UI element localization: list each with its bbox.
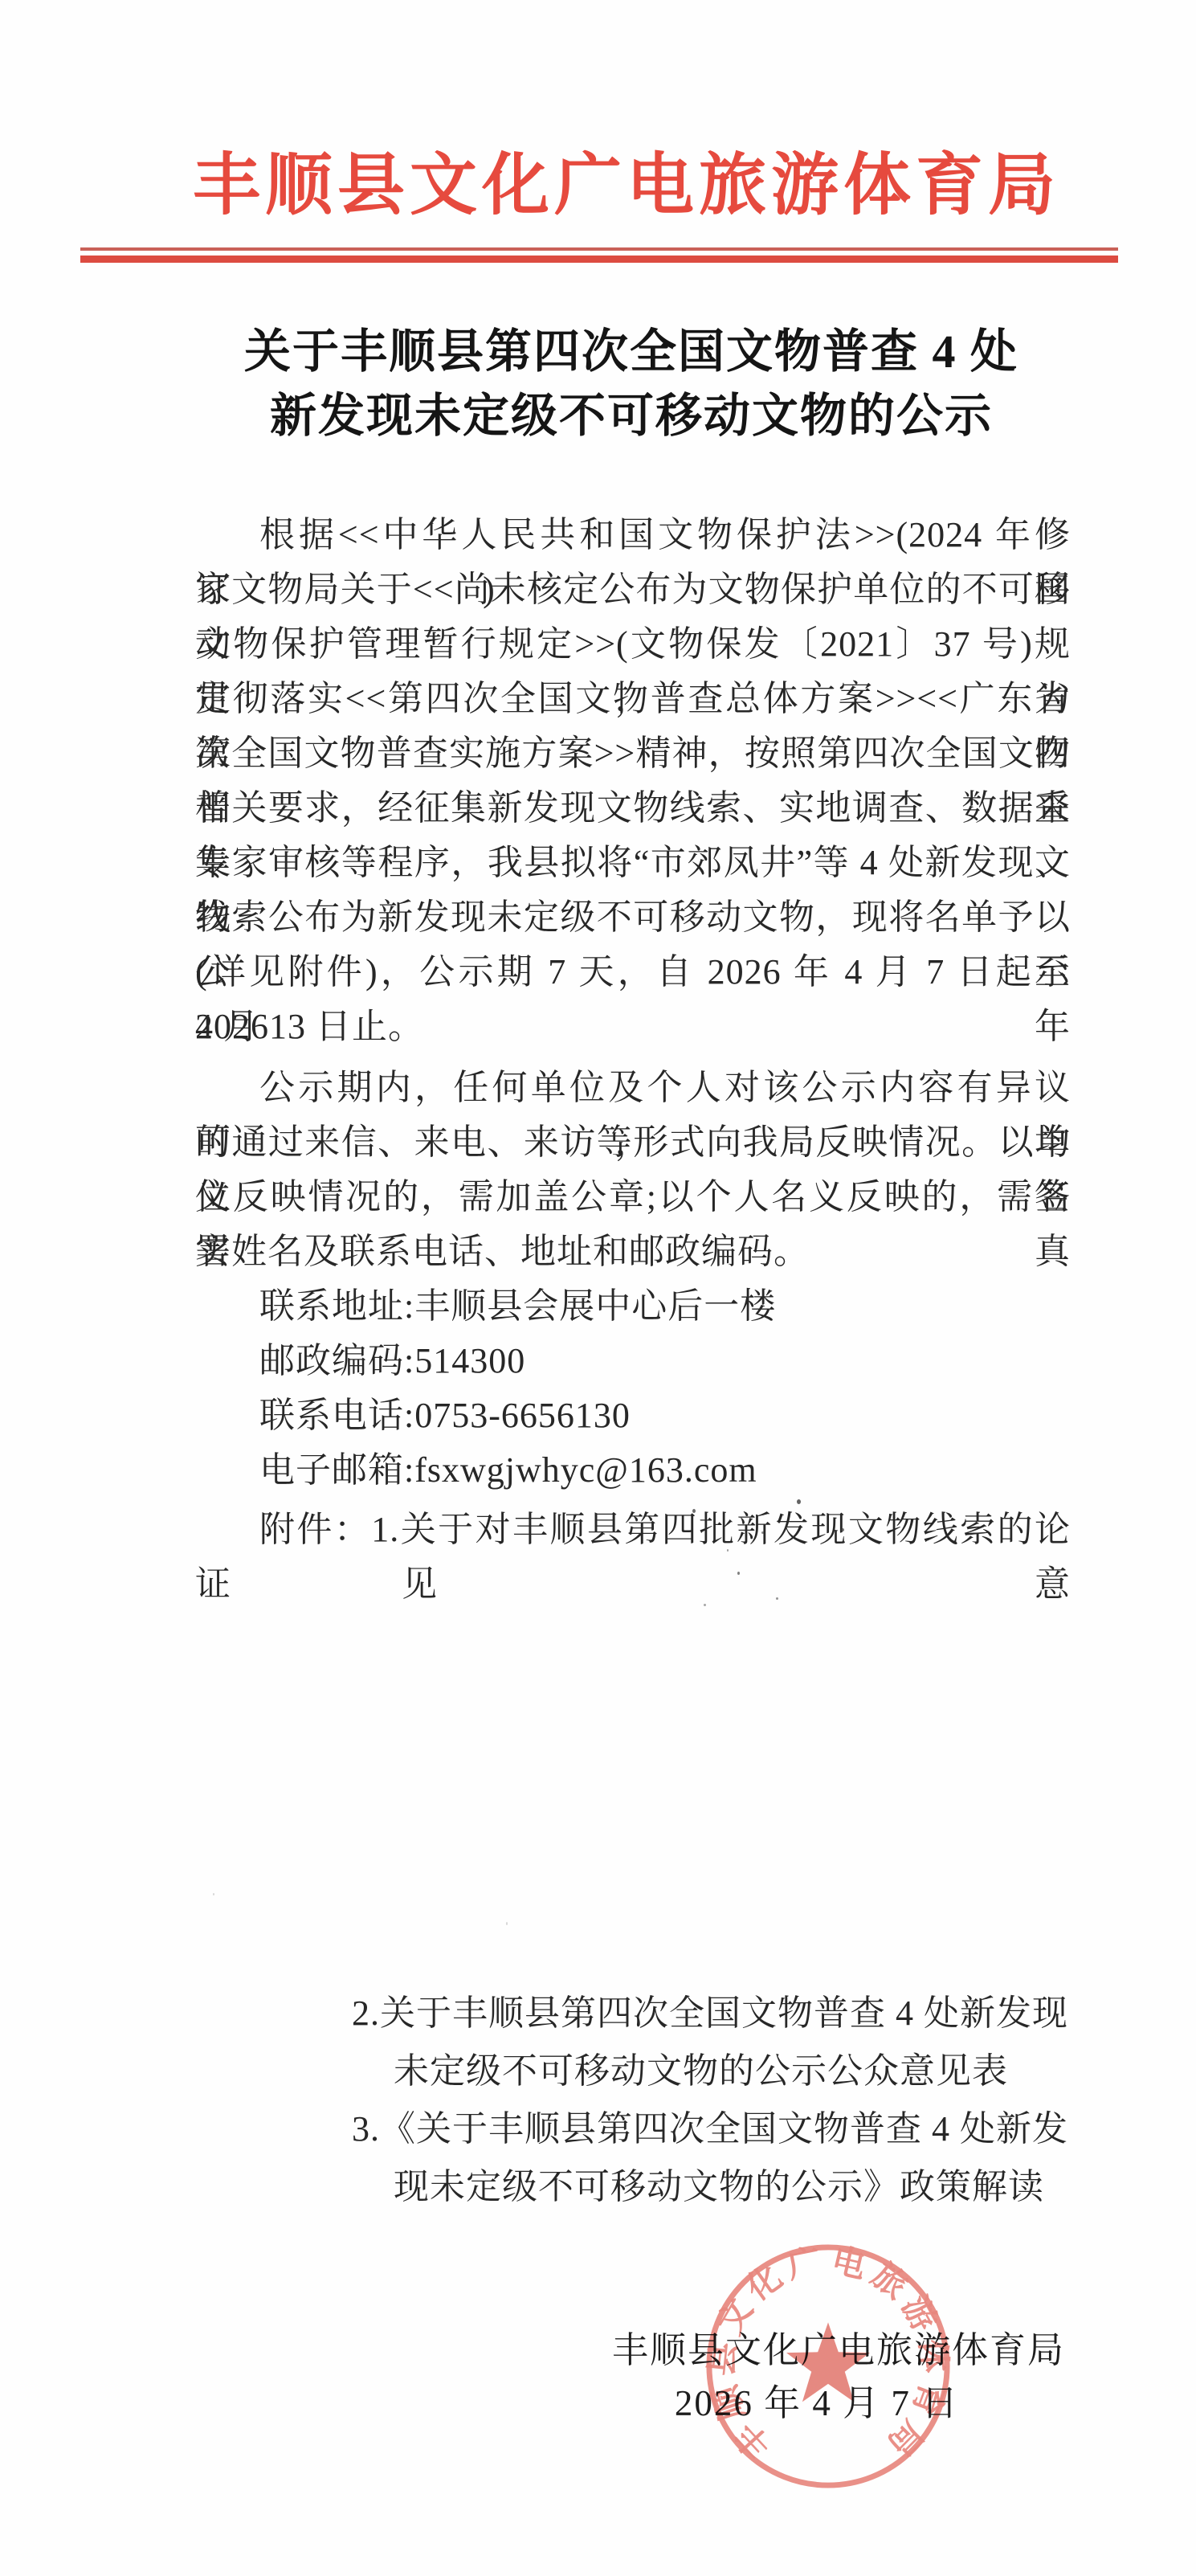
letterhead-agency-title: 丰顺县文化广电旅游体育局	[104, 148, 1149, 225]
notice-page: 丰顺县文化广电旅游体育局 关于丰顺县第四次全国文物普查 4 处 新发现未定级不可…	[0, 0, 1196, 2576]
text-line: 专家审核等程序，我县拟将“市郊凤井”等 4 处新发现文物	[195, 836, 1071, 890]
text-line: 线索公布为新发现未定级不可移动文物，现将名单予以公示	[195, 890, 1071, 945]
text-line: 义反映情况的，需加盖公章;以个人名义反映的，需签署真	[195, 1170, 1071, 1225]
text-line: 次全国文物普查实施方案>>精神，按照第四次全国文物普查	[195, 726, 1071, 781]
scan-artifacts	[0, 0, 1, 1]
text-line: (详见附件)，公示期 7 天，自 2026 年 4 月 7 日起至 2026 年	[195, 945, 1071, 1000]
attachment-intro-line1: 附件：1.关于对丰顺县第四批新发现文物线索的论证意	[195, 1503, 1071, 1557]
paragraph-objection-procedure: 公示期内，任何单位及个人对该公示内容有异议的，均可通过来信、来电、来访等形式向我…	[195, 1061, 1071, 1279]
attachment-item3-line1: 3.《关于丰顺县第四次全国文物普查 4 处新发	[195, 2100, 1095, 2158]
document-title-line1: 关于丰顺县第四次全国文物普查 4 处	[193, 320, 1070, 384]
attachment-items: 2.关于丰顺县第四次全国文物普查 4 处新发现 未定级不可移动文物的公示公众意见…	[195, 1985, 1095, 2216]
contact-info: 联系地址:丰顺县会展中心后一楼邮政编码:514300联系电话:0753-6656…	[195, 1279, 1071, 1498]
text-line: 相关要求，经征集新发现文物线索、实地调查、数据采集、	[195, 781, 1071, 836]
text-line: 家文物局关于<<尚未核定公布为文物保护单位的不可移动	[195, 562, 1071, 617]
text-line: 可通过来信、来电、来访等形式向我局反映情况。以单位名	[195, 1115, 1071, 1170]
document-title-line2: 新发现未定级不可移动文物的公示	[193, 384, 1070, 448]
text-line: 根据<<中华人民共和国文物保护法>>(2024 年修订)、国	[195, 508, 1071, 562]
document-body: 根据<<中华人民共和国文物保护法>>(2024 年修订)、国家文物局关于<<尚未…	[195, 508, 1071, 1612]
attachment-item3-line2: 现未定级不可移动文物的公示》政策解读	[195, 2158, 1095, 2216]
letterhead-divider-thin	[80, 247, 1118, 251]
paragraph-legal-basis: 根据<<中华人民共和国文物保护法>>(2024 年修订)、国家文物局关于<<尚未…	[195, 508, 1071, 1054]
text-line: 文物保护管理暂行规定>>(文物保发〔2021〕37 号)规定，为	[195, 617, 1071, 672]
official-seal: 丰顺县文化广电旅游体育局	[700, 2239, 956, 2494]
text-line: 联系电话:0753-6656130	[195, 1388, 1071, 1443]
text-line: 电子邮箱:fsxwgjwhyc@163.com	[195, 1443, 1071, 1498]
attachment-item2-line2: 未定级不可移动文物的公示公众意见表	[195, 2042, 1095, 2100]
text-line: 邮政编码:514300	[195, 1334, 1071, 1388]
attachment-item2-line1: 2.关于丰顺县第四次全国文物普查 4 处新发现	[195, 1985, 1095, 2042]
text-line: 贯彻落实<<第四次全国文物普查总体方案>><<广东省第四	[195, 672, 1071, 726]
seal-star-icon	[786, 2322, 870, 2402]
text-line: 联系地址:丰顺县会展中心后一楼	[195, 1279, 1071, 1334]
attachment-intro: 附件：1.关于对丰顺县第四批新发现文物线索的论证意 见	[195, 1503, 1071, 1612]
text-line: 公示期内，任何单位及个人对该公示内容有异议的，均	[195, 1061, 1071, 1115]
document-title: 关于丰顺县第四次全国文物普查 4 处 新发现未定级不可移动文物的公示	[193, 320, 1070, 448]
letterhead-divider-thick	[80, 256, 1118, 263]
